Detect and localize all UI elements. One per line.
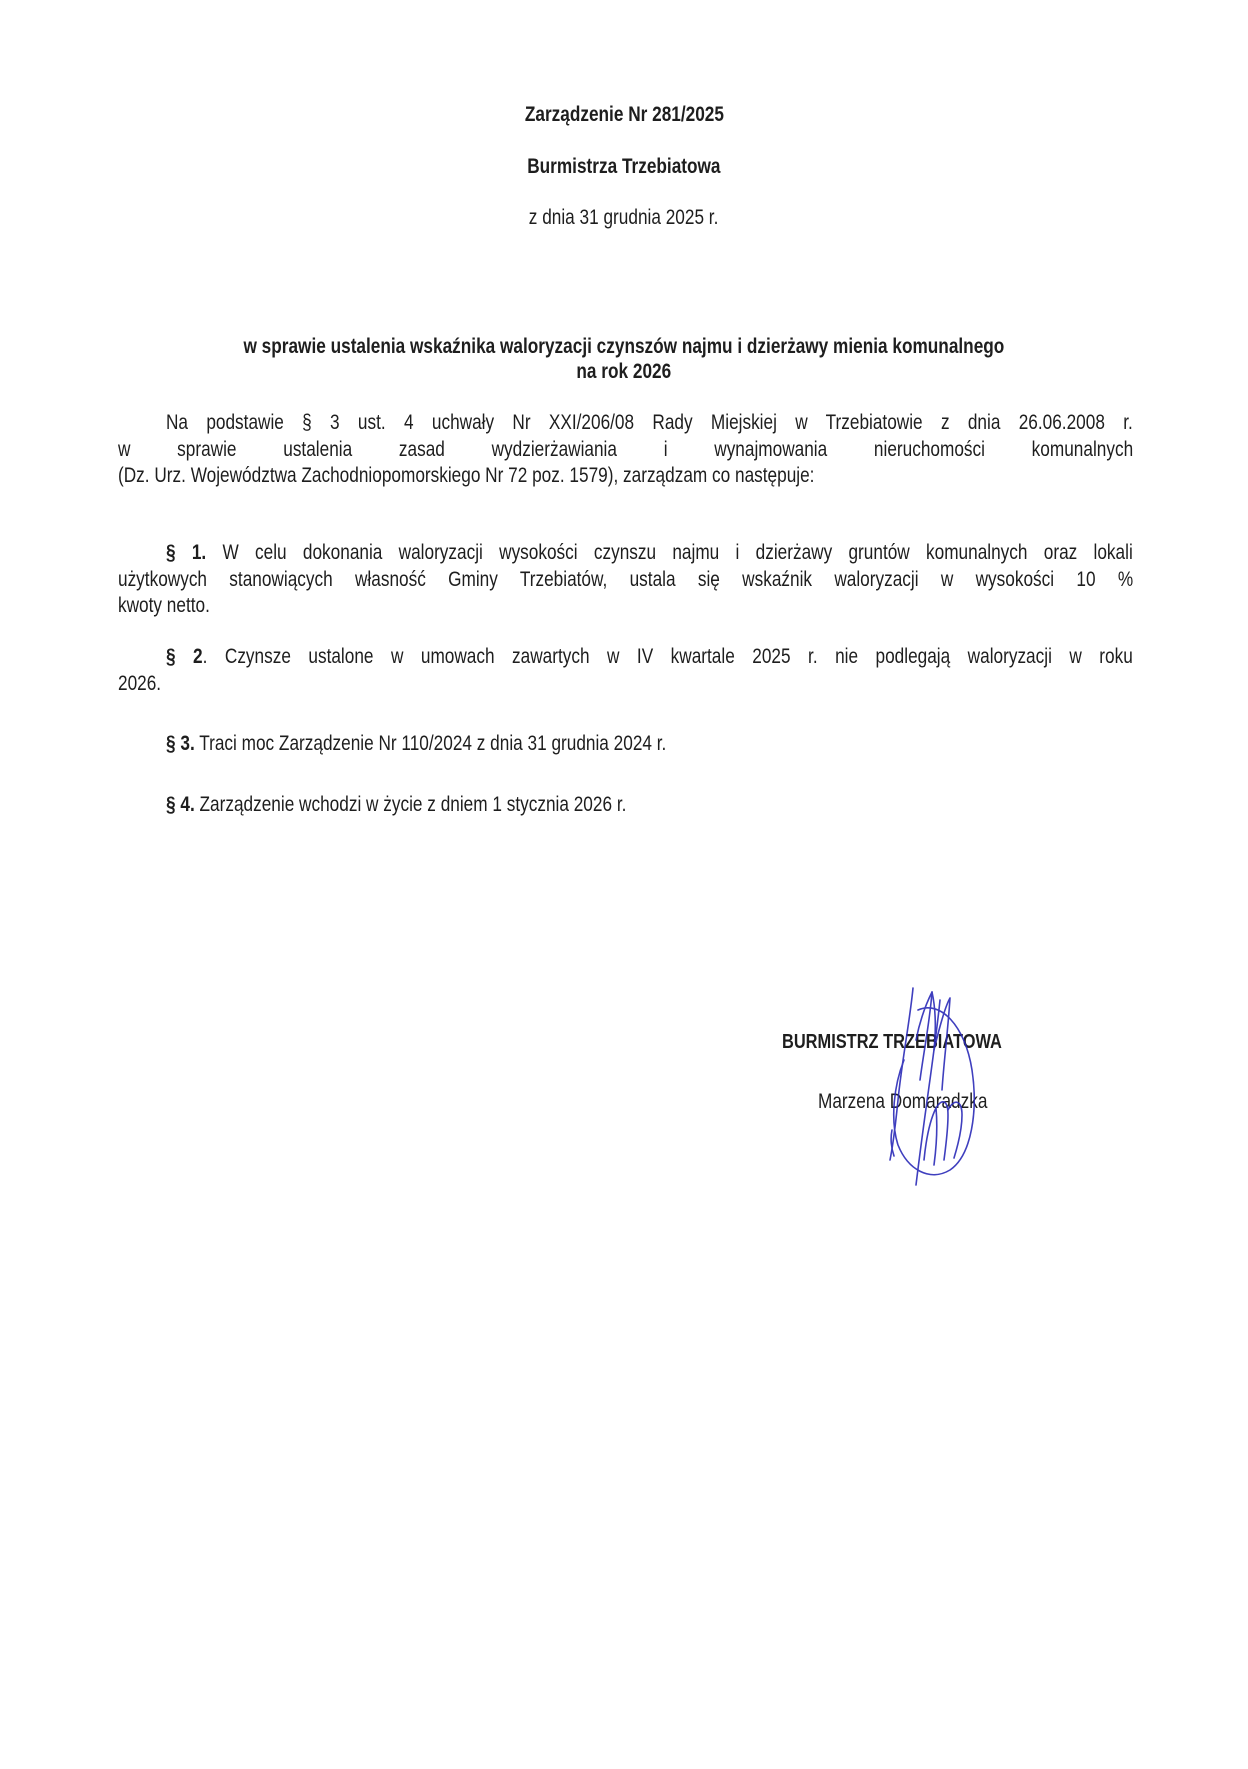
preamble-line-text: Na podstawie § 3 ust. 4 uchwały Nr XXI/2… <box>166 410 1133 437</box>
handwritten-signature-icon <box>880 980 1020 1190</box>
paragraph-mark: § 2 <box>166 645 203 668</box>
signatory-title: BURMISTRZ TRZEBIATOWA <box>782 1030 1050 1054</box>
paragraph-line: § 1. W celu dokonania waloryzacji wysoko… <box>118 540 1133 567</box>
paragraph-text: Traci moc Zarządzenie Nr 110/2024 z dnia… <box>199 732 666 755</box>
paragraph-1: § 1. W celu dokonania waloryzacji wysoko… <box>118 540 1133 620</box>
signatory-name: Marzena Domaradzka <box>818 1090 1025 1114</box>
subject-line-2: na rok 2026 <box>0 359 1248 385</box>
paragraph-line: użytkowych stanowiących własność Gminy T… <box>118 567 1133 594</box>
paragraph-3: § 3. Traci moc Zarządzenie Nr 110/2024 z… <box>118 731 1133 758</box>
paragraph-line: § 2. Czynsze ustalone w umowach zawartyc… <box>118 644 1133 671</box>
paragraph-line-text: § 4. Zarządzenie wchodzi w życie z dniem… <box>166 792 626 819</box>
issue-date: z dnia 31 grudnia 2025 r. <box>0 205 1248 231</box>
paragraph-line-text: kwoty netto. <box>118 593 210 620</box>
signatory-title-text: BURMISTRZ TRZEBIATOWA <box>782 1030 1002 1054</box>
preamble-line: Na podstawie § 3 ust. 4 uchwały Nr XXI/2… <box>118 410 1133 437</box>
paragraph-text: W celu dokonania waloryzacji wysokości c… <box>223 541 1133 564</box>
paragraph-line: § 3. Traci moc Zarządzenie Nr 110/2024 z… <box>118 731 1133 758</box>
paragraph-line-text: § 2. Czynsze ustalone w umowach zawartyc… <box>166 644 1133 671</box>
issuer-text: Burmistrza Trzebiatowa <box>527 154 720 180</box>
paragraph-4: § 4. Zarządzenie wchodzi w życie z dniem… <box>118 792 1133 819</box>
preamble-line-text: (Dz. Urz. Województwa Zachodniopomorskie… <box>118 463 814 490</box>
signatory-name-text: Marzena Domaradzka <box>818 1090 987 1114</box>
preamble-line: (Dz. Urz. Województwa Zachodniopomorskie… <box>118 463 1133 490</box>
paragraph-text: Zarządzenie wchodzi w życie z dniem 1 st… <box>200 793 627 816</box>
subject-line-1-text: w sprawie ustalenia wskaźnika waloryzacj… <box>244 334 1005 360</box>
document-title-text: Zarządzenie Nr 281/2025 <box>524 102 723 128</box>
paragraph-line-text: § 3. Traci moc Zarządzenie Nr 110/2024 z… <box>166 731 666 758</box>
preamble-line-text: w sprawie ustalenia zasad wydzierżawiani… <box>118 437 1133 464</box>
paragraph-2: § 2. Czynsze ustalone w umowach zawartyc… <box>118 644 1133 697</box>
paragraph-line: § 4. Zarządzenie wchodzi w życie z dniem… <box>118 792 1133 819</box>
document-title: Zarządzenie Nr 281/2025 <box>0 102 1248 128</box>
paragraph-line: kwoty netto. <box>118 593 1133 620</box>
paragraph-text: . Czynsze ustalone w umowach zawartych w… <box>203 645 1133 668</box>
issuer: Burmistrza Trzebiatowa <box>0 154 1248 180</box>
paragraph-line: 2026. <box>118 671 1133 698</box>
subject-line-1: w sprawie ustalenia wskaźnika waloryzacj… <box>0 334 1248 360</box>
preamble-line: w sprawie ustalenia zasad wydzierżawiani… <box>118 437 1133 464</box>
preamble: Na podstawie § 3 ust. 4 uchwały Nr XXI/2… <box>118 410 1133 490</box>
paragraph-mark: § 4. <box>166 793 195 816</box>
document-page: Zarządzenie Nr 281/2025 Burmistrza Trzeb… <box>0 0 1248 1769</box>
issue-date-text: z dnia 31 grudnia 2025 r. <box>529 205 719 231</box>
subject-line-2-text: na rok 2026 <box>577 359 672 385</box>
paragraph-mark: § 3. <box>166 732 195 755</box>
paragraph-line-text: 2026. <box>118 671 161 698</box>
paragraph-line-text: użytkowych stanowiących własność Gminy T… <box>118 567 1133 594</box>
paragraph-line-text: § 1. W celu dokonania waloryzacji wysoko… <box>166 540 1133 567</box>
paragraph-mark: § 1. <box>166 541 206 564</box>
